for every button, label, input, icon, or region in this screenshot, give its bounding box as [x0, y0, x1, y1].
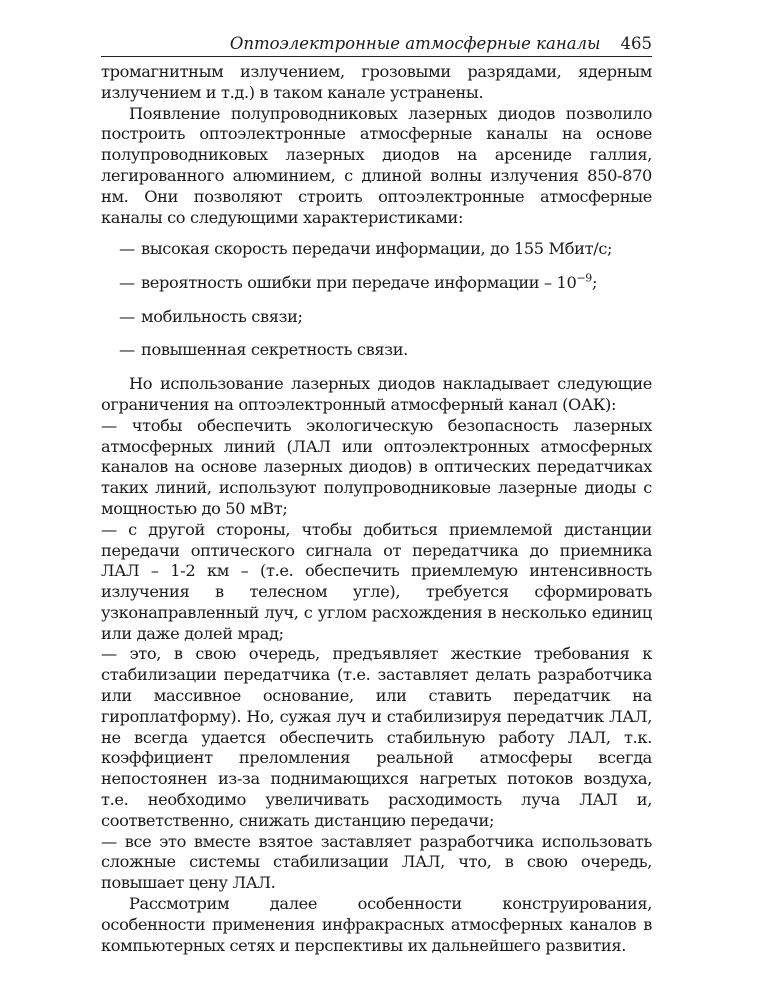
- dash-bullet: —: [119, 307, 141, 328]
- running-head: Оптоэлектронные атмосферные каналы 465: [101, 34, 652, 57]
- features-list: —высокая скорость передачи информации, д…: [101, 239, 652, 361]
- dash-bullet: —: [119, 340, 141, 361]
- list-item: —вероятность ошибки при передаче информа…: [119, 273, 652, 294]
- exponent: −9: [576, 272, 592, 285]
- list-item: —повышенная секретность связи.: [119, 340, 652, 361]
- limitation-item: — с другой стороны, чтобы добиться прием…: [101, 520, 652, 645]
- body-text: тромагнитным излучением, грозовыми разря…: [101, 62, 652, 956]
- paragraph-limitations-intro: Но использование лазерных диодов наклады…: [101, 374, 652, 416]
- paragraph-closing: Рассмотрим далее особенности конструиров…: [101, 894, 652, 956]
- book-page: Оптоэлектронные атмосферные каналы 465 т…: [101, 34, 652, 956]
- list-item: —мобильность связи;: [119, 307, 652, 328]
- page-number: 465: [621, 34, 653, 53]
- limitation-item: — это, в свою очередь, предъявляет жестк…: [101, 644, 652, 831]
- chapter-title: Оптоэлектронные атмосферные каналы: [230, 34, 601, 53]
- limitation-item: — чтобы обеспечить экологическую безопас…: [101, 416, 652, 520]
- dash-bullet: —: [119, 239, 141, 260]
- limitation-item: — все это вместе взятое заставляет разра…: [101, 832, 652, 894]
- paragraph-continuation: тромагнитным излучением, грозовыми разря…: [101, 62, 652, 104]
- list-item: —высокая скорость передачи информации, д…: [119, 239, 652, 260]
- dash-bullet: —: [119, 273, 141, 294]
- paragraph-laser-diodes: Появление полупроводниковых лазерных дио…: [101, 104, 652, 229]
